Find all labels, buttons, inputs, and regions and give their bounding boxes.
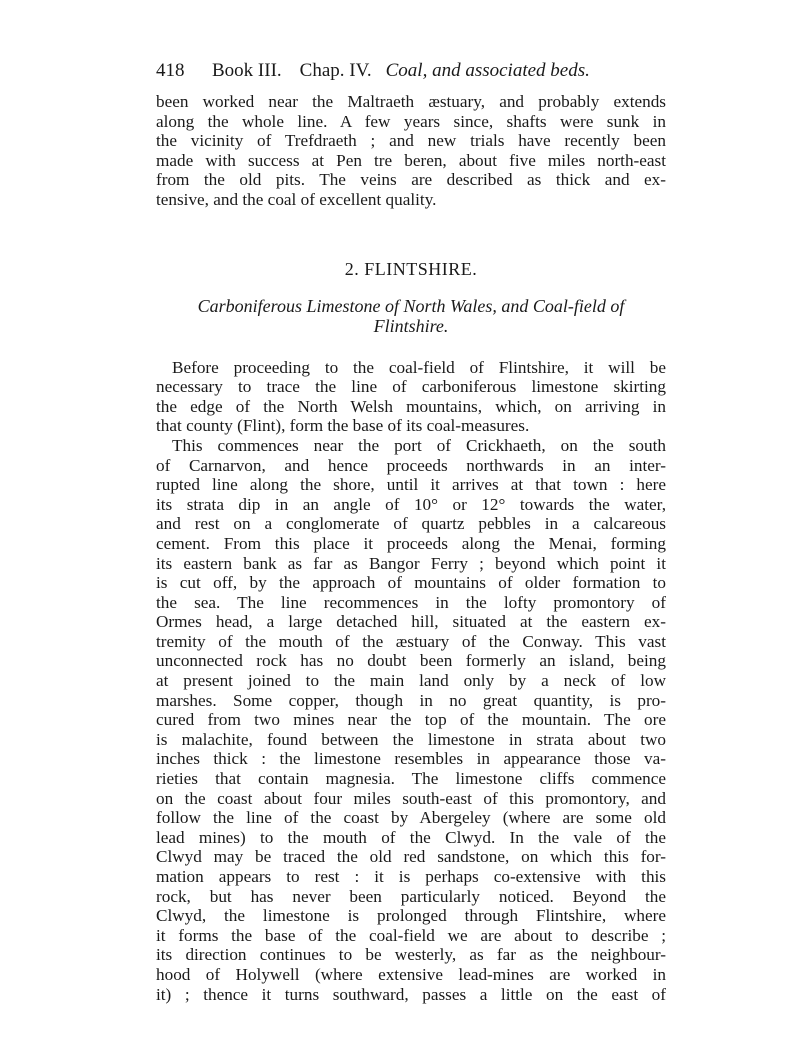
text-line: it forms the base of the coal-field we a…: [156, 926, 666, 946]
text-line: the edge of the North Welsh mountains, w…: [156, 397, 666, 417]
chapter-title: Coal, and associated beds.: [386, 60, 590, 81]
text-line: rieties that contain magnesia. The limes…: [156, 769, 666, 789]
text-line: is malachite, found between the limeston…: [156, 730, 666, 750]
text-line: rupted line along the shore, until it ar…: [156, 475, 666, 495]
text-line: This commences near the port of Crickhae…: [156, 436, 666, 456]
text-line: lead mines) to the mouth of the Clwyd. I…: [156, 828, 666, 848]
running-head: 418Book III.Chap. IV.Coal, and associate…: [156, 58, 666, 86]
text-line: its strata dip in an angle of 10° or 12°…: [156, 495, 666, 515]
text-line: is cut off, by the approach of mountains…: [156, 573, 666, 593]
text-line: tensive, and the coal of excellent quali…: [156, 190, 666, 210]
continuation-paragraph: been worked near the Maltraeth æstuary, …: [156, 92, 666, 210]
text-line: it) ; thence it turns southward, passes …: [156, 985, 666, 1005]
paragraph-1: Before proceeding to the coal-field of F…: [156, 358, 666, 436]
paragraph-2: This commences near the port of Crickhae…: [156, 436, 666, 1004]
text-line: unconnected rock has no doubt been forme…: [156, 651, 666, 671]
page-number: 418: [156, 58, 212, 84]
text-line: Ormes head, a large detached hill, situa…: [156, 612, 666, 632]
text-line: that county (Flint), form the base of it…: [156, 416, 666, 436]
book-page: 418Book III.Chap. IV.Coal, and associate…: [156, 58, 666, 1004]
text-line: the vicinity of Trefdraeth ; and new tri…: [156, 131, 666, 151]
text-line: marshes. Some copper, though in no great…: [156, 691, 666, 711]
text-line: its direction continues to be westerly, …: [156, 945, 666, 965]
text-line: hood of Holywell (where extensive lead-m…: [156, 965, 666, 985]
text-line: Clwyd may be traced the old red sandston…: [156, 847, 666, 867]
text-line: mation appears to rest : it is perhaps c…: [156, 867, 666, 887]
text-line: tremity of the mouth of the æstuary of t…: [156, 632, 666, 652]
text-line: at present joined to the main land only …: [156, 671, 666, 691]
book-label: Book III.: [212, 60, 282, 81]
text-line: from the old pits. The veins are describ…: [156, 170, 666, 190]
text-line: and rest on a conglomerate of quartz peb…: [156, 514, 666, 534]
subtitle-line: Carboniferous Limestone of North Wales, …: [156, 296, 666, 316]
text-line: cement. From this place it proceeds alon…: [156, 534, 666, 554]
text-line: inches thick : the limestone resembles i…: [156, 749, 666, 769]
text-line: along the whole line. A few years since,…: [156, 112, 666, 132]
text-line: its eastern bank as far as Bangor Ferry …: [156, 554, 666, 574]
section-subtitle: Carboniferous Limestone of North Wales, …: [156, 296, 666, 336]
text-line: made with success at Pen tre beren, abou…: [156, 151, 666, 171]
text-line: of Carnarvon, and hence proceeds northwa…: [156, 456, 666, 476]
text-line: the sea. The line recommences in the lof…: [156, 593, 666, 613]
text-line: on the coast about four miles south-east…: [156, 789, 666, 809]
chapter-label: Chap. IV.: [300, 60, 372, 81]
text-line: follow the line of the coast by Abergele…: [156, 808, 666, 828]
section-heading: 2. FLINTSHIRE.: [156, 254, 666, 284]
text-line: cured from two mines near the top of the…: [156, 710, 666, 730]
text-line: Clwyd, the limestone is prolonged throug…: [156, 906, 666, 926]
subtitle-line: Flintshire.: [156, 316, 666, 336]
text-line: rock, but has never been particularly no…: [156, 887, 666, 907]
text-line: Before proceeding to the coal-field of F…: [156, 358, 666, 378]
text-line: necessary to trace the line of carbonife…: [156, 377, 666, 397]
text-line: been worked near the Maltraeth æstuary, …: [156, 92, 666, 112]
